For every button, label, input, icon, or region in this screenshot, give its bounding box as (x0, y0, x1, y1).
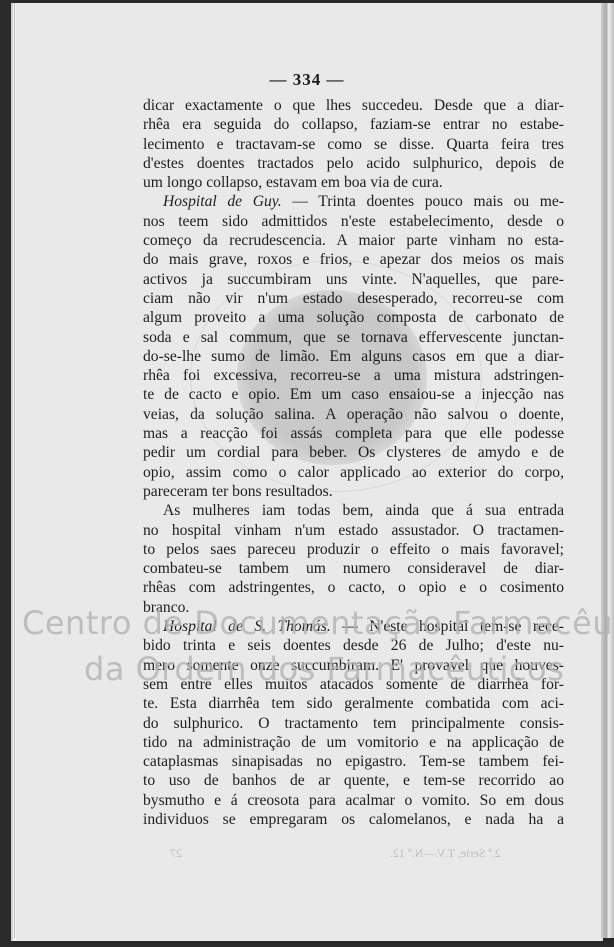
body-text: dicar exactamente o que lhes succedeu. D… (143, 96, 564, 829)
bleed-through-right: 2.ª Serie, T.V.—N.º 12. (390, 846, 501, 861)
text-line: d'estes doentes tractados pelo acido sul… (143, 154, 564, 173)
text-line: do mais grave, roxos e frios, e apezar d… (143, 250, 564, 269)
text-line: nos teem sido admittidos n'este estabele… (143, 212, 564, 231)
text-line: do-se-lhe sumo de limão. Em alguns casos… (143, 347, 564, 366)
text-line: algum proveito a uma solução composta de… (143, 308, 564, 327)
text-line: pareceram ter bons resultados. (143, 482, 564, 501)
text-line: combateu-se tambem um numero considerave… (143, 559, 564, 578)
text-line: um longo collapso, estavam em boa via de… (143, 173, 564, 192)
text-line: to pelos saes pareceu produzir o effeito… (143, 540, 564, 559)
gutter-line (14, 3, 15, 938)
text-line: do sulphurico. O tractamento tem princip… (143, 714, 564, 733)
page-number: — 334 — (0, 70, 614, 90)
section-heading-guy: Hospital de Guy. (163, 193, 282, 210)
text-line: soda e sal commum, que se tornava efferv… (143, 328, 564, 347)
text-line: começo da recrudescencia. A maior parte … (143, 231, 564, 250)
text-line: mas a reacção foi assás completa para qu… (143, 424, 564, 443)
text-line: te de cacto e opio. Em um caso ensaiou-s… (143, 385, 564, 404)
text-fragment: — Trinta doentes pouco mais ou me- (282, 193, 564, 210)
watermark-line-1: Centro de Documentação Farmacêutica (22, 604, 614, 642)
text-line: rhêa foi excessiva, recorreu-se a uma mi… (143, 366, 564, 385)
text-line: lecimento e tractavam-se como se disse. … (143, 135, 564, 154)
watermark-line-2: da Ordem dos Farmacêuticos (84, 650, 614, 688)
page-edge (601, 3, 614, 938)
text-line: dicar exactamente o que lhes succedeu. D… (143, 96, 564, 115)
bleed-through-left: 27 (170, 846, 182, 861)
text-line: opio, assim como o calor applicado ao ex… (143, 463, 564, 482)
text-line: rhêas com adstringentes, o cacto, o opio… (143, 578, 564, 597)
text-line: As mulheres iam todas bem, ainda que á s… (143, 501, 564, 520)
text-line: veias, da solução salina. A operação não… (143, 405, 564, 424)
text-line: to uso de banhos de ar quente, e tem-se … (143, 771, 564, 790)
text-line: tido na administração de um vomitorio e … (143, 733, 564, 752)
text-line: bysmutho e á creosota para acalmar o vom… (143, 791, 564, 810)
section-first-line: Hospital de Guy. — Trinta doentes pouco … (143, 192, 564, 211)
text-line: ciam não vir n'um estado desesperado, re… (143, 289, 564, 308)
text-line: pedir um cordial para beber. Os clystere… (143, 443, 564, 462)
text-line: no hospital vinham n'um estado assustado… (143, 521, 564, 540)
text-line: cataplasmas sinapisadas no epigastro. Te… (143, 752, 564, 771)
text-line: rhêa era seguida do collapso, faziam-se … (143, 115, 564, 134)
text-line: te. Esta diarrhêa tem sido geralmente co… (143, 694, 564, 713)
text-line: activos ja succumbiram uns vinte. N'aque… (143, 270, 564, 289)
text-line: individuos se empregaram os calomelanos,… (143, 810, 564, 829)
